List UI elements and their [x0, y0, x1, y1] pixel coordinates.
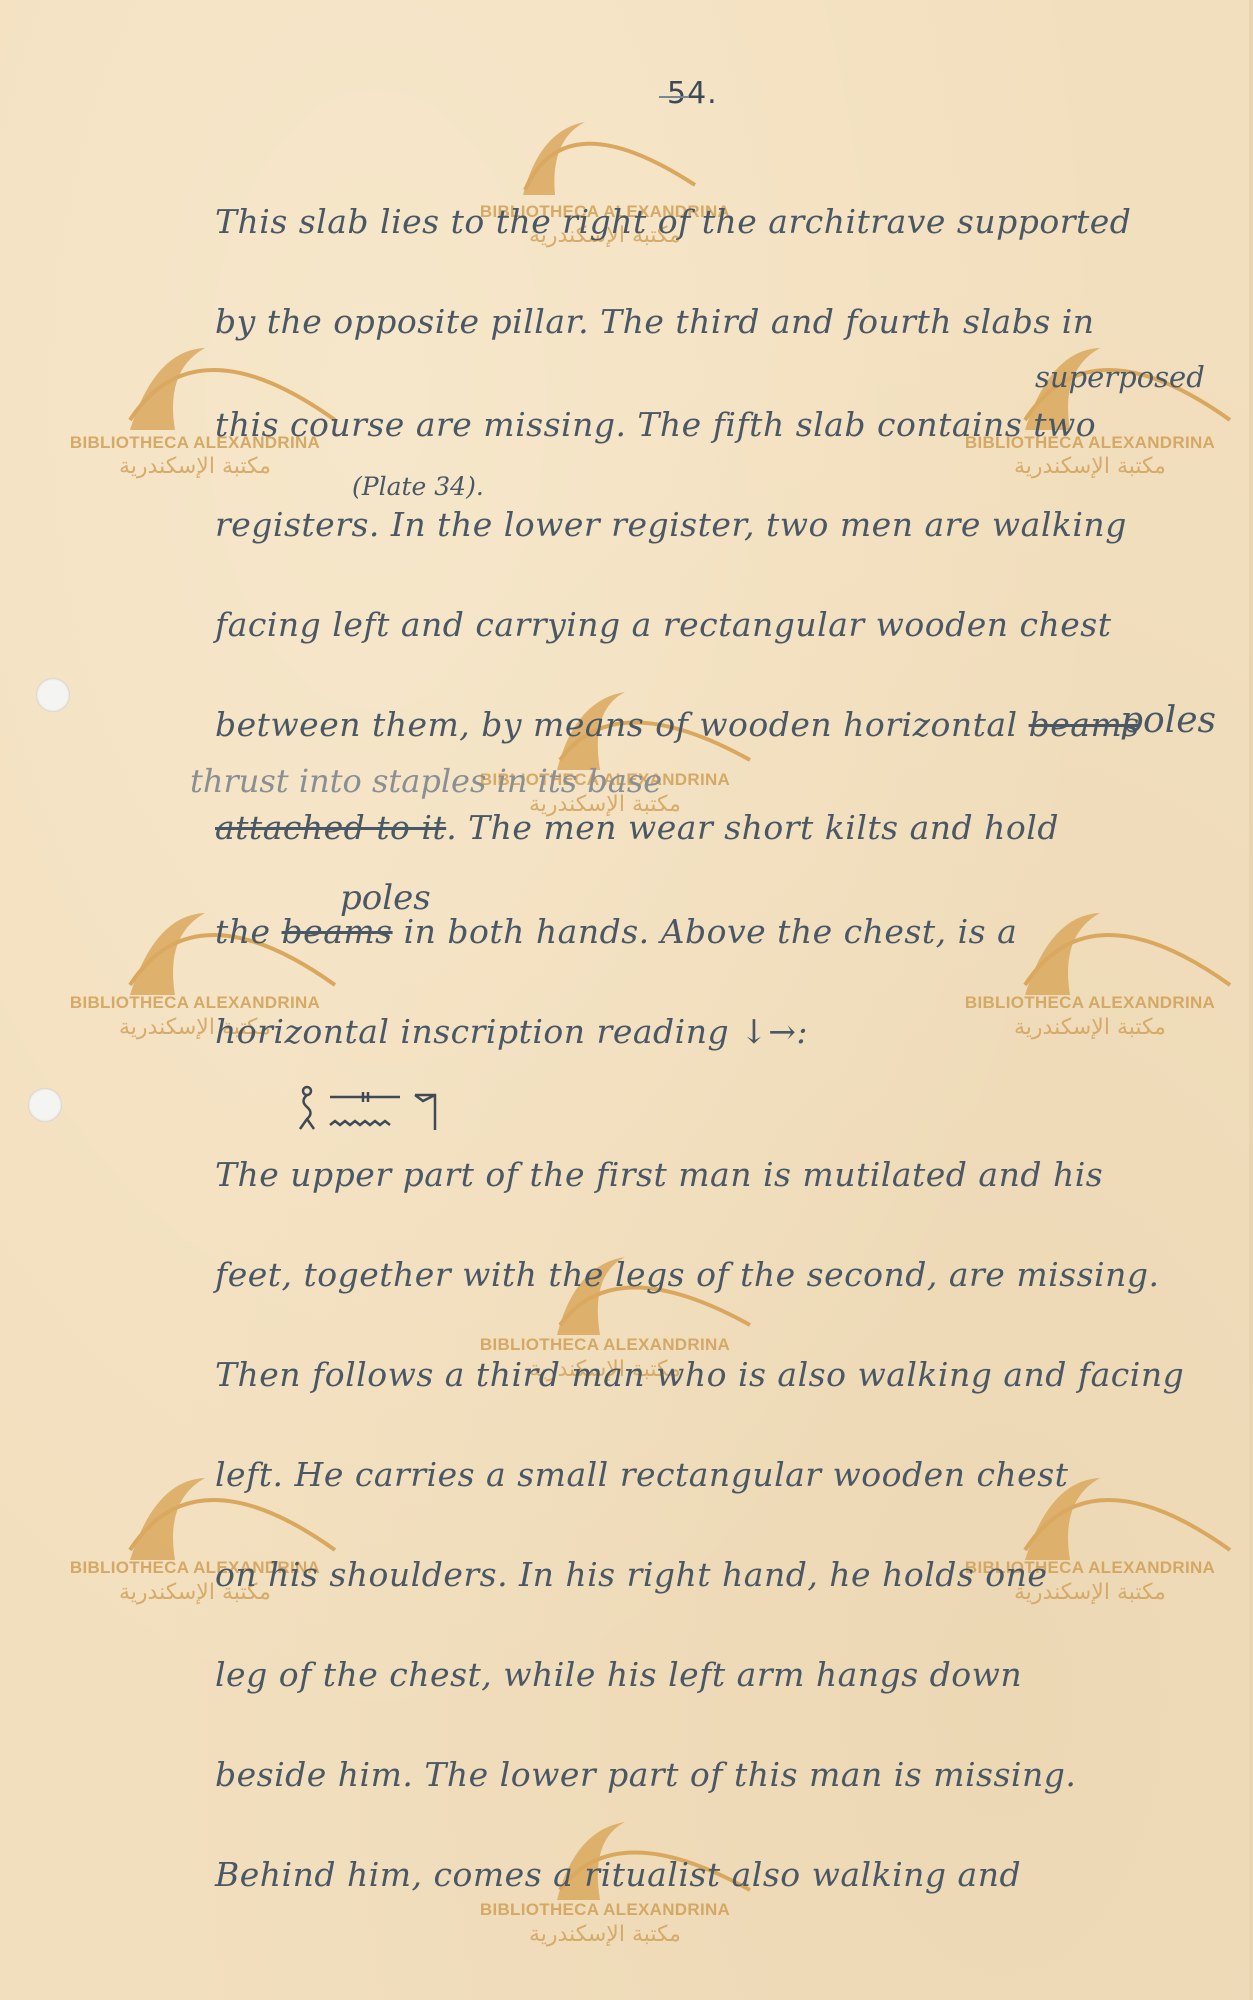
watermark: BIBLIOTHECA ALEXANDRINA مكتبة الإسكندرية	[455, 1800, 755, 1990]
text-line-10: The upper part of the first man is mutil…	[215, 1155, 1103, 1194]
text-line-3: this course are missing. The fifth slab …	[215, 405, 1096, 444]
insert-poles: poles	[1120, 700, 1216, 741]
text-line-8: the beams in both hands. Above the chest…	[215, 912, 1017, 951]
direction-marker: ↓→:	[740, 1012, 808, 1051]
text-line-9: horizontal inscription reading ↓→:	[215, 1012, 808, 1051]
punch-hole-top	[36, 678, 70, 712]
text-line-4: registers. In the lower register, two me…	[215, 505, 1127, 544]
page-number: 54.	[667, 76, 718, 111]
text-line-13: left. He carries a small rectangular woo…	[215, 1455, 1068, 1494]
insert-superposed: superposed	[1035, 360, 1205, 394]
punch-hole-bottom	[28, 1088, 62, 1122]
pencil-insert-line: thrust into staples in its base	[190, 762, 662, 800]
struck-phrase: attached to it	[215, 808, 446, 847]
text-line-7: attached to itattached to it. The men we…	[215, 808, 1059, 847]
hieroglyph-icon	[295, 1085, 455, 1135]
text-line-11: feet, together with the legs of the seco…	[215, 1255, 1159, 1294]
text-line-17: Behind him, comes a ritualist also walki…	[215, 1855, 1021, 1894]
text-line-2: by the opposite pillar. The third and fo…	[215, 302, 1095, 341]
text-line-1: This slab lies to the right of the archi…	[215, 202, 1131, 241]
text-line-5: facing left and carrying a rectangular w…	[215, 605, 1112, 644]
text-line-15: leg of the chest, while his left arm han…	[215, 1655, 1022, 1694]
text-line-12: Then follows a third man who is also wal…	[215, 1355, 1184, 1394]
struck-word: beams	[282, 912, 393, 951]
text-line-16: beside him. The lower part of this man i…	[215, 1755, 1076, 1794]
insert-plate-reference: (Plate 34).	[352, 472, 484, 501]
text-line-14: on his shoulders. In his right hand, he …	[215, 1555, 1047, 1594]
page-edge	[1249, 0, 1253, 2000]
text-line-6: between them, by means of wooden horizon…	[215, 705, 1140, 744]
